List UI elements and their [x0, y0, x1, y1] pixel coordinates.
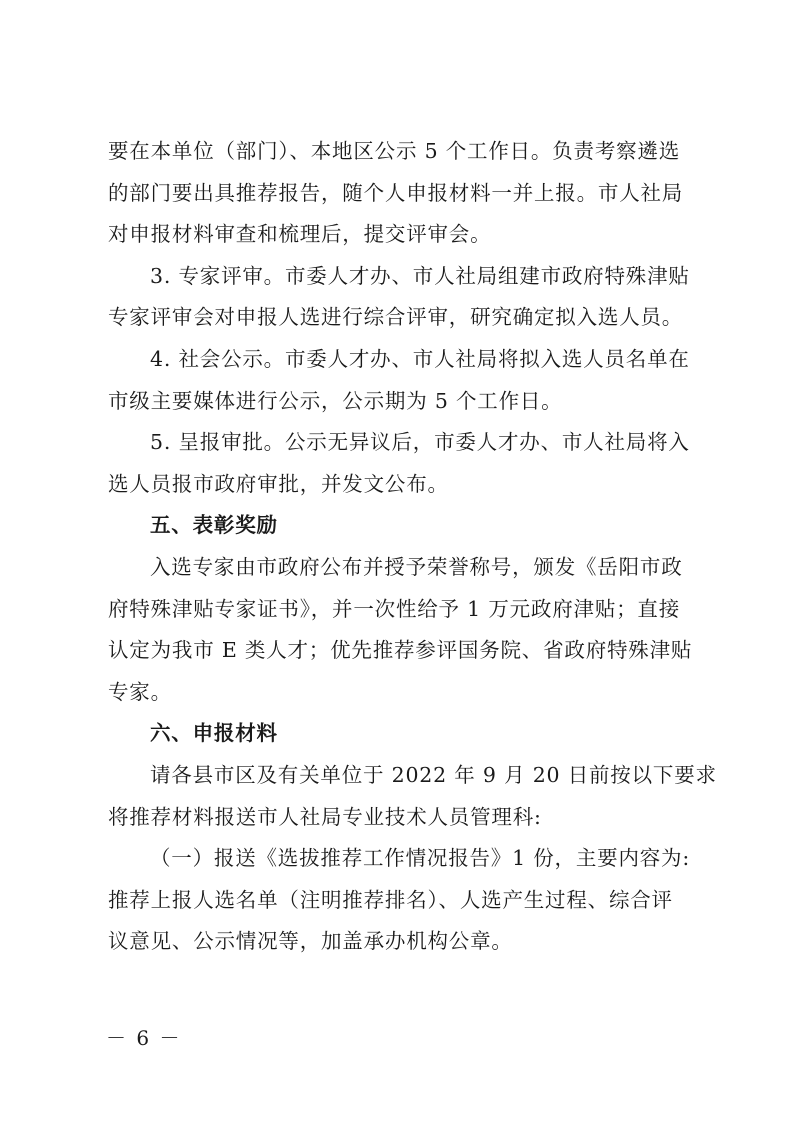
text-line: 将推荐材料报送市人社局专业技术人员管理科:: [108, 797, 686, 839]
text-line: 府特殊津贴专家证书》，并一次性给予 1 万元政府津贴；直接: [108, 589, 686, 631]
paragraph-expert-review: 3. 专家评审。市委人才办、市人社局组建市政府特殊津贴 专家评审会对申报人选进行…: [108, 256, 686, 339]
text-line: 要在本单位（部门）、本地区公示 5 个工作日。负责考察遴选: [108, 131, 686, 173]
text-line: 入选专家由市政府公布并授予荣誉称号，颁发《岳阳市政: [108, 547, 686, 589]
text-line: 的部门要出具推荐报告，随个人申报材料一并上报。市人社局: [108, 173, 686, 215]
paragraph-submission-approval: 5. 呈报审批。公示无异议后，市委人才办、市人社局将入 选人员报市政府审批，并发…: [108, 422, 686, 505]
text-line: 请各县市区及有关单位于 2022 年 9 月 20 日前按以下要求: [108, 755, 686, 797]
paragraph-awards: 入选专家由市政府公布并授予荣誉称号，颁发《岳阳市政 府特殊津贴专家证书》，并一次…: [108, 547, 686, 713]
paragraph-review-continuation: 要在本单位（部门）、本地区公示 5 个工作日。负责考察遴选 的部门要出具推荐报告…: [108, 131, 686, 256]
text-line: 3. 专家评审。市委人才办、市人社局组建市政府特殊津贴: [108, 256, 686, 298]
section-heading-awards: 五、表彰奖励: [108, 505, 686, 547]
text-line: 专家。: [108, 672, 686, 714]
page-number: － 6 －: [106, 1022, 181, 1051]
paragraph-deadline: 请各县市区及有关单位于 2022 年 9 月 20 日前按以下要求 将推荐材料报…: [108, 755, 686, 838]
text-line: 选人员报市政府审批，并发文公布。: [108, 464, 686, 506]
text-line: 4. 社会公示。市委人才办、市人社局将拟入选人员名单在: [108, 339, 686, 381]
document-page: 要在本单位（部门）、本地区公示 5 个工作日。负责考察遴选 的部门要出具推荐报告…: [108, 131, 686, 963]
paragraph-public-notice: 4. 社会公示。市委人才办、市人社局将拟入选人员名单在 市级主要媒体进行公示，公…: [108, 339, 686, 422]
text-line: 市级主要媒体进行公示，公示期为 5 个工作日。: [108, 381, 686, 423]
text-line: 推荐上报人选名单（注明推荐排名）、人选产生过程、综合评: [108, 880, 686, 922]
text-line: 认定为我市 E 类人才；优先推荐参评国务院、省政府特殊津贴: [108, 630, 686, 672]
text-line: 5. 呈报审批。公示无异议后，市委人才办、市人社局将入: [108, 422, 686, 464]
text-line: 对申报材料审查和梳理后，提交评审会。: [108, 214, 686, 256]
text-line: 议意见、公示情况等，加盖承办机构公章。: [108, 921, 686, 963]
section-heading-application-materials: 六、申报材料: [108, 713, 686, 755]
text-line: （一）报送《选拔推荐工作情况报告》1 份，主要内容为:: [108, 838, 686, 880]
paragraph-report-requirement: （一）报送《选拔推荐工作情况报告》1 份，主要内容为: 推荐上报人选名单（注明推…: [108, 838, 686, 963]
text-line: 专家评审会对申报人选进行综合评审，研究确定拟入选人员。: [108, 297, 686, 339]
